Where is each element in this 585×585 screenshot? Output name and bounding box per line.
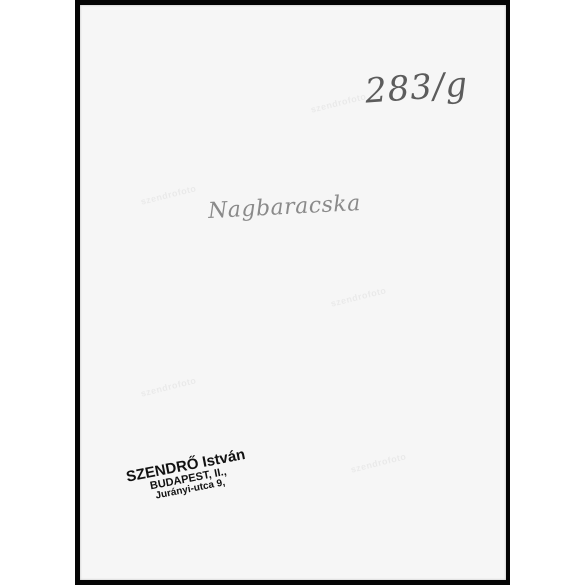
handwritten-catalog-number: 283/g (364, 64, 470, 111)
